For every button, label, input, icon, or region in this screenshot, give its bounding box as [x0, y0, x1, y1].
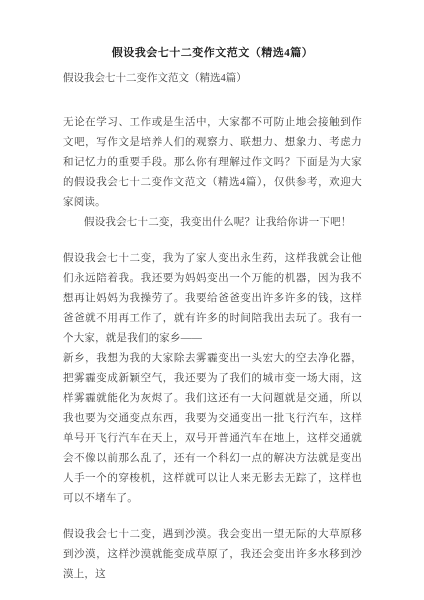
paragraph-intro: 无论在学习、工作或是生活中，大家都不可防止地会接触到作文吧，写作文是培养人们的观… — [63, 113, 362, 213]
paragraph-lead-in: 假设我会七十二变，我变出什么呢？让我给你讲一下吧！ — [63, 213, 362, 233]
document-subtitle: 假设我会七十二变作文范文（精选4篇） — [63, 72, 362, 86]
document-title: 假设我会七十二变作文范文（精选4篇） — [63, 46, 362, 61]
paragraph-desert: 假设我会七十二变，遇到沙漠。我会变出一望无际的大草原移到沙漠，这样沙漠就能变成草… — [63, 525, 362, 585]
document-page: 假设我会七十二变作文范文（精选4篇） 假设我会七十二变作文范文（精选4篇） 无论… — [0, 0, 424, 600]
paragraph-hometown-transport: 新乡，我想为我的大家除去雾霾变出一头宏大的空去净化器，把雾霾变成新颖空气，我还要… — [63, 349, 362, 509]
paragraph-family-wishes: 假设我会七十二变，我为了家人变出永生药，这样我就会让他们永远陪着我。我还要为妈妈… — [63, 249, 362, 349]
